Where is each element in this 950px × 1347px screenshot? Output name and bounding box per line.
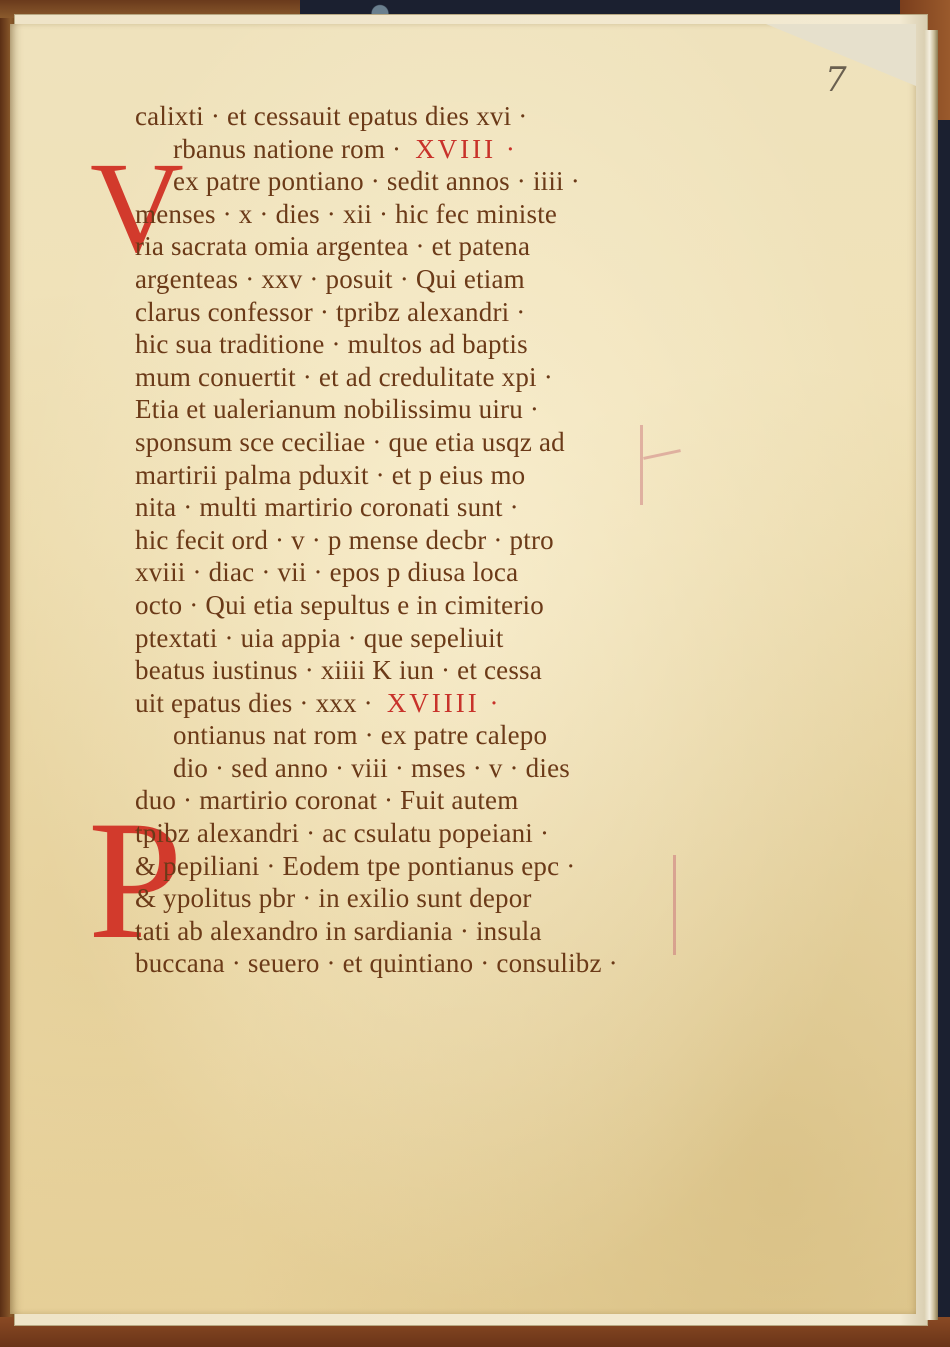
text-line: uit epatus dies · xxx ·XVIIII · — [135, 687, 695, 720]
page-fore-edge — [924, 30, 938, 1320]
text-line: buccana · seuero · et quintiano · consul… — [135, 947, 695, 980]
text-line: calixti · et cessauit epatus dies xvi · — [135, 100, 695, 133]
rubric-numeral: XVIIII · — [387, 688, 502, 718]
text-line: ptextati · uia appia · que sepeliuit — [135, 622, 695, 655]
text-line: ria sacrata omia argentea · et patena — [135, 230, 695, 263]
text-line: menses · x · dies · xii · hic fec minist… — [135, 198, 695, 231]
text-line: argenteas · xxv · posuit · Qui etiam — [135, 263, 695, 296]
text-line: nita · multi martirio coronati sunt · — [135, 491, 695, 524]
text-line: duo · martirio coronat · Fuit autem — [135, 784, 695, 817]
text-line: ex patre pontiano · sedit annos · iiii · — [135, 165, 695, 198]
text-line: dio · sed anno · viii · mses · v · dies — [135, 752, 695, 785]
text-line: & pepiliani · Eodem tpe pontianus epc · — [135, 850, 695, 883]
text-line: clarus confessor · tpribz alexandri · — [135, 296, 695, 329]
text-line: hic fecit ord · v · p mense decbr · ptro — [135, 524, 695, 557]
text-line: mum conuertit · et ad credulitate xpi · — [135, 361, 695, 394]
manuscript-text: calixti · et cessauit epatus dies xvi · … — [135, 100, 695, 980]
text-line: sponsum sce ceciliae · que etia usqz ad — [135, 426, 695, 459]
text-line: Etia et ualerianum nobilissimu uiru · — [135, 393, 695, 426]
text-line: martirii palma pduxit · et p eius mo — [135, 459, 695, 492]
text-line: ontianus nat rom · ex patre calepo — [135, 719, 695, 752]
rubric-numeral: XVIII · — [415, 134, 518, 164]
text-line: xviii · diac · vii · epos p diusa loca — [135, 556, 695, 589]
text-line: tati ab alexandro in sardiania · insula — [135, 915, 695, 948]
folio-number: 7 — [825, 60, 847, 100]
text-line: tpibz alexandri · ac csulatu popeiani · — [135, 817, 695, 850]
text-line: beatus iustinus · xiiii K iun · et cessa — [135, 654, 695, 687]
text-line: & ypolitus pbr · in exilio sunt depor — [135, 882, 695, 915]
text-line: hic sua traditione · multos ad baptis — [135, 328, 695, 361]
text-line: rbanus natione rom ·XVIII · — [135, 133, 695, 166]
text-line: octo · Qui etia sepultus e in cimiterio — [135, 589, 695, 622]
